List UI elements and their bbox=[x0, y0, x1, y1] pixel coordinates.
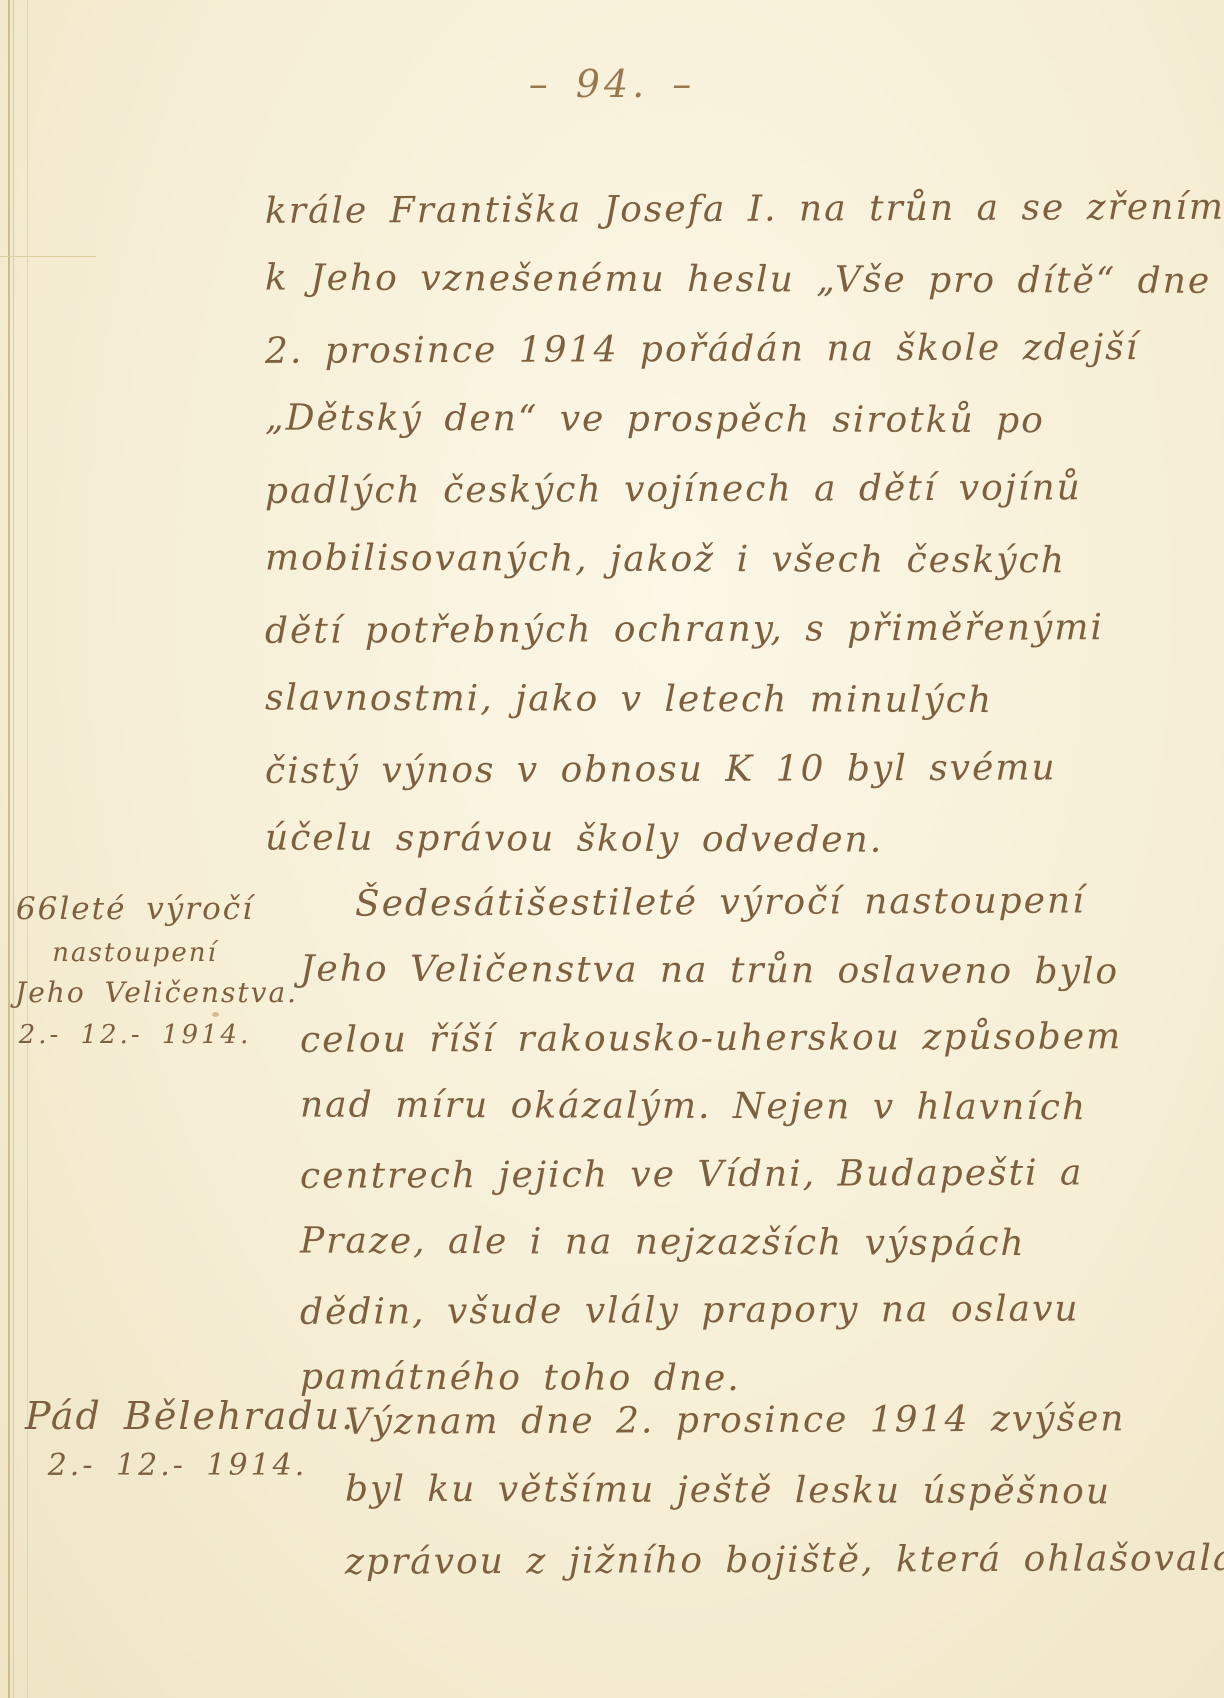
handwritten-line: Význam dne 2. prosince 1914 zvýšen bbox=[345, 1383, 1145, 1456]
body-paragraph-belgrade: Význam dne 2. prosince 1914 zvýšen byl k… bbox=[345, 1385, 1145, 1595]
margin-note-line: Pád Bělehradu. bbox=[25, 1388, 330, 1444]
handwritten-line: účelu správou školy odveden. bbox=[265, 803, 1115, 876]
handwritten-line: Praze, ale i na nejzazších výspách bbox=[300, 1207, 1150, 1278]
handwritten-line: dětí potřebných ochrany, s přiměřenými bbox=[265, 592, 1115, 666]
handwritten-line: zprávou z jižního bojiště, která ohlašov… bbox=[345, 1523, 1145, 1596]
margin-note-line: Jeho Veličenstva. bbox=[15, 972, 255, 1014]
manuscript-page: { "page": { "number": "– 94. –", "paper_… bbox=[0, 0, 1224, 1698]
page-gutter-line bbox=[13, 0, 14, 1698]
handwritten-line: k Jeho vznešenému heslu „Vše pro dítě“ d… bbox=[265, 243, 1115, 316]
handwritten-line: nad míru okázalým. Nejen v hlavních bbox=[300, 1071, 1150, 1142]
handwritten-line: padlých českých vojínech a dětí vojínů bbox=[265, 452, 1115, 526]
body-paragraph-childrens-day: krále Františka Josefa I. na trůn a se z… bbox=[265, 174, 1115, 874]
page-number: – 94. – bbox=[0, 62, 1224, 106]
margin-hairline bbox=[0, 256, 96, 257]
margin-note-line: 66leté výročí bbox=[15, 884, 255, 934]
handwritten-line: Jeho Veličenstva na trůn oslaveno bylo bbox=[300, 935, 1150, 1006]
handwritten-line: čistý výnos v obnosu K 10 byl svému bbox=[265, 732, 1115, 806]
page-gutter-line bbox=[8, 0, 10, 1698]
handwritten-line: 2. prosince 1914 pořádán na škole zdejší bbox=[265, 312, 1115, 386]
margin-note-date: 2.- 12.- 1914. bbox=[15, 1014, 255, 1056]
body-paragraph-anniversary: Šedesátišestileté výročí nastoupení Jeho… bbox=[300, 868, 1150, 1412]
handwritten-line: slavnostmi, jako v letech minulých bbox=[265, 663, 1115, 736]
handwritten-line: krále Františka Josefa I. na trůn a se z… bbox=[265, 172, 1115, 246]
handwritten-line: Šedesátišestileté výročí nastoupení bbox=[300, 866, 1150, 938]
handwritten-line: celou říší rakousko-uherskou způsobem bbox=[300, 1002, 1150, 1074]
margin-note-anniversary: 66leté výročí nastoupení Jeho Veličenstv… bbox=[15, 884, 255, 1056]
margin-note-belgrade: Pád Bělehradu. 2.- 12.- 1914. bbox=[25, 1388, 330, 1488]
handwritten-line: mobilisovaných, jakož i všech českých bbox=[265, 523, 1115, 596]
handwritten-line: „Dětský den“ ve prospěch sirotků po bbox=[265, 383, 1115, 456]
margin-note-line: nastoupení bbox=[15, 934, 255, 972]
margin-note-date: 2.- 12.- 1914. bbox=[25, 1444, 330, 1488]
handwritten-line: centrech jejich ve Vídni, Budapešti a bbox=[300, 1138, 1150, 1210]
handwritten-line: byl ku většímu ještě lesku úspěšnou bbox=[345, 1454, 1145, 1527]
handwritten-line: dědin, všude vlály prapory na oslavu bbox=[300, 1274, 1150, 1346]
